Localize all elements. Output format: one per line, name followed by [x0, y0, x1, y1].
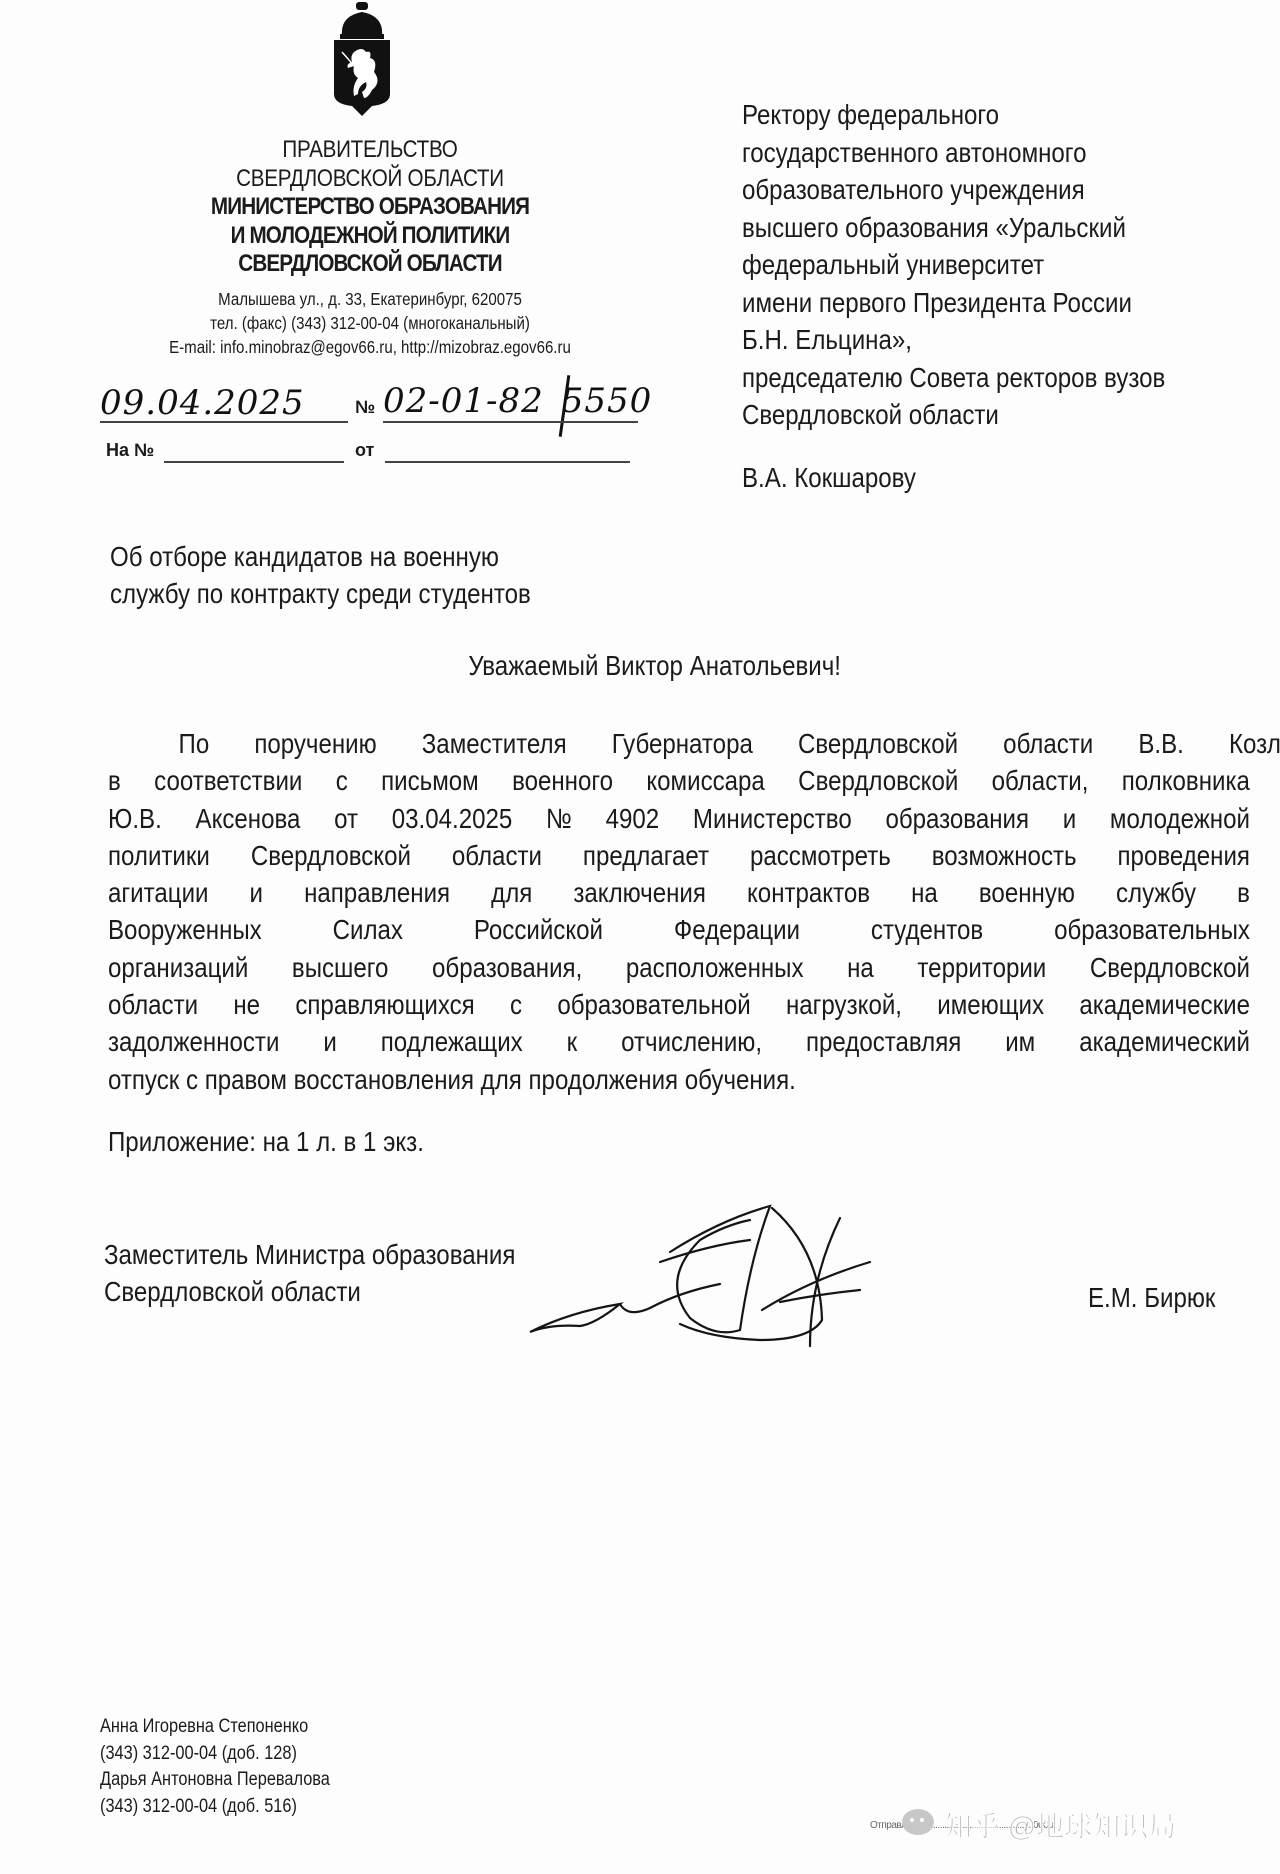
body-line: областинесправляющихсясобразовательнойна…: [108, 986, 1250, 1023]
executor-phone: (343) 312-00-04 (доб. 516): [100, 1794, 330, 1821]
watermark-text: 知乎 @地球知识局: [944, 1805, 1176, 1845]
addressee-name: В.А. Кокшарову: [742, 462, 916, 494]
reference-row: На № от: [100, 440, 640, 470]
greeting: Уважаемый Виктор Анатольевич!: [0, 650, 1280, 682]
executor-contacts: Анна Игоревна Степоненко (343) 312-00-04…: [100, 1714, 367, 1820]
addressee-block: Ректору федерального государственного ав…: [742, 96, 1262, 434]
letterhead-address: Малышева ул., д. 33, Екатеринбург, 62007…: [146, 287, 593, 311]
registration-row: 09.04.2025 № 02-01-825550: [100, 385, 640, 430]
letterhead-ministry-line: МИНИСТЕРСТВО ОБРАЗОВАНИЯ: [146, 193, 593, 222]
letterhead-ministry-line: И МОЛОДЕЖНОЙ ПОЛИТИКИ: [146, 222, 593, 251]
reference-from-label: от: [355, 440, 374, 461]
number-underline: [383, 421, 638, 423]
addressee-line: имени первого Президента России: [742, 284, 1189, 322]
letterhead-phone: тел. (факс) (343) 312-00-04 (многоканаль…: [146, 311, 593, 335]
reference-from-field: [385, 461, 630, 463]
date-underline: [100, 421, 348, 423]
addressee-line: федеральный университет: [742, 246, 1189, 284]
letter-body: ПопоручениюЗаместителяГубернатораСвердло…: [108, 725, 1250, 1098]
coat-of-arms-icon: [328, 2, 398, 117]
body-line: агитацииинаправлениядлязаключенияконтрак…: [108, 874, 1250, 911]
signatory-position-line: Заместитель Министра образования: [104, 1236, 515, 1273]
outgoing-date: 09.04.2025: [100, 383, 305, 423]
body-line: задолженностииподлежащихкотчислению,пред…: [108, 1023, 1250, 1060]
executor-name: Дарья Антоновна Перевалова: [100, 1767, 330, 1794]
body-line: всоответствиисписьмомвоенногокомиссараСв…: [108, 762, 1250, 799]
body-line: организацийвысшегообразования,расположен…: [108, 949, 1250, 986]
reference-number-label: На №: [106, 440, 154, 461]
body-line: Ю.В.Аксеноваот03.04.2025№4902Министерств…: [108, 800, 1250, 837]
watermark: Отправлено .............................…: [870, 1805, 1270, 1845]
executor-name: Анна Игоревна Степоненко: [100, 1714, 330, 1741]
number-label: №: [355, 397, 375, 418]
letter-subject: Об отборе кандидатов на военную службу п…: [110, 538, 710, 612]
addressee-line: государственного автономного: [742, 134, 1189, 172]
letterhead-government-line: ПРАВИТЕЛЬСТВО: [146, 136, 593, 165]
addressee-line: Б.Н. Ельцина»,: [742, 321, 1189, 359]
addressee-line: образовательного учреждения: [742, 171, 1189, 209]
attachment-note: Приложение: на 1 л. в 1 экз.: [108, 1126, 424, 1158]
addressee-line: председателю Совета ректоров вузов: [742, 359, 1189, 397]
signatory-name: Е.М. Бирюк: [1088, 1282, 1215, 1314]
letterhead: ПРАВИТЕЛЬСТВО СВЕРДЛОВСКОЙ ОБЛАСТИ МИНИС…: [110, 136, 630, 359]
letterhead-region-line: СВЕРДЛОВСКОЙ ОБЛАСТИ: [146, 165, 593, 194]
chat-bubble-icon: [900, 1807, 940, 1841]
body-line: отпуск с правом восстановления для продо…: [108, 1061, 1250, 1098]
signatory-position-line: Свердловской области: [104, 1273, 515, 1310]
body-line: ПопоручениюЗаместителяГубернатораСвердло…: [108, 725, 1280, 762]
reference-number-field: [164, 461, 344, 463]
body-line: политикиСвердловскойобластипредлагаетрас…: [108, 837, 1250, 874]
addressee-line: Свердловской области: [742, 396, 1189, 434]
handwritten-signature-icon: [510, 1200, 1030, 1360]
subject-line: службу по контракту среди студентов: [110, 575, 626, 612]
addressee-line: высшего образования «Уральский: [742, 209, 1189, 247]
outgoing-number: 02-01-825550: [383, 381, 652, 421]
letterhead-ministry-line: СВЕРДЛОВСКОЙ ОБЛАСТИ: [146, 250, 593, 279]
letterhead-email-web: E-mail: info.minobraz@egov66.ru, http://…: [146, 335, 593, 359]
body-line: ВооруженныхСилахРоссийскойФедерациистуде…: [108, 911, 1250, 948]
executor-phone: (343) 312-00-04 (доб. 128): [100, 1741, 330, 1768]
subject-line: Об отборе кандидатов на военную: [110, 538, 626, 575]
addressee-line: Ректору федерального: [742, 96, 1189, 134]
